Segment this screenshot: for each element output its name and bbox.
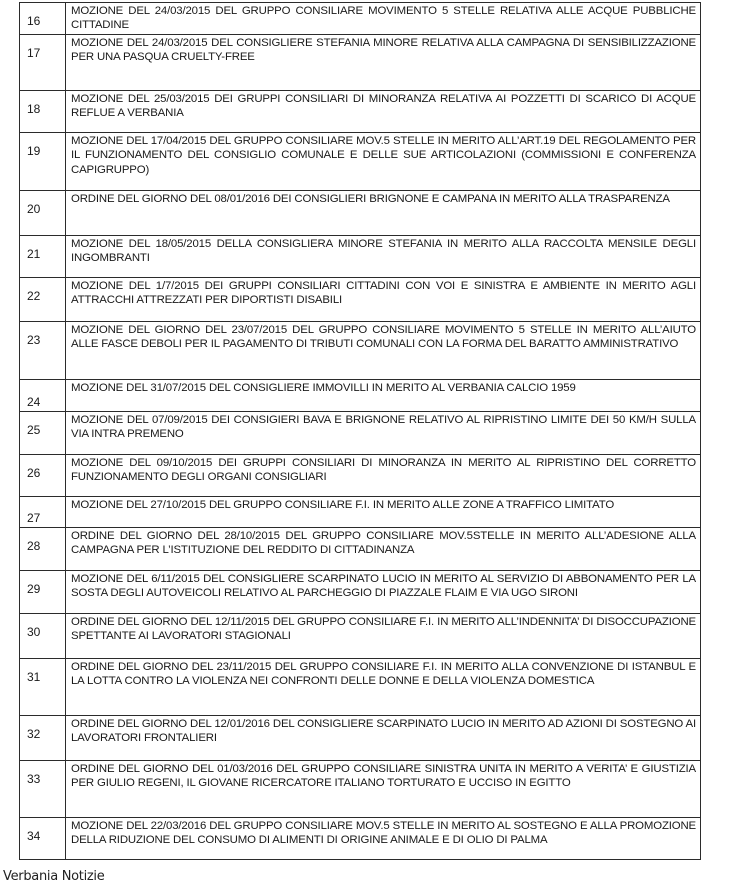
row-number-cell: 26 xyxy=(20,455,66,497)
row-number-cell: 28 xyxy=(20,528,66,571)
watermark-text: Verbania Notizie xyxy=(3,869,104,884)
row-number: 27 xyxy=(27,511,65,525)
row-description: MOZIONE DEL 25/03/2015 DEI GRUPPI CONSIL… xyxy=(66,91,701,133)
row-number-cell: 32 xyxy=(20,716,66,761)
row-number-cell: 34 xyxy=(20,818,66,860)
row-number: 32 xyxy=(27,727,65,741)
row-number: 31 xyxy=(27,670,65,684)
row-description: ORDINE DEL GIORNO DEL 01/03/2016 DEL GRU… xyxy=(66,761,701,818)
row-description: ORDINE DEL GIORNO DEL 12/01/2016 DEL CON… xyxy=(66,716,701,761)
table-row: 30 ORDINE DEL GIORNO DEL 12/11/2015 DEL … xyxy=(20,614,701,659)
table-row: 17 MOZIONE DEL 24/03/2015 DEL CONSIGLIER… xyxy=(20,35,701,91)
row-number-cell: 29 xyxy=(20,571,66,614)
table-row: 29 MOZIONE DEL 6/11/2015 DEL CONSIGLIERE… xyxy=(20,571,701,614)
row-description: MOZIONE DEL 09/10/2015 DEI GRUPPI CONSIL… xyxy=(66,455,701,497)
row-description: MOZIONE DEL 17/04/2015 DEL GRUPPO CONSIL… xyxy=(66,133,701,191)
row-number-cell: 30 xyxy=(20,614,66,659)
row-description: MOZIONE DEL 1/7/2015 DEI GRUPPI CONSILIA… xyxy=(66,278,701,322)
row-description: MOZIONE DEL 6/11/2015 DEL CONSIGLIERE SC… xyxy=(66,571,701,614)
row-number-cell: 24 xyxy=(20,380,66,412)
row-description: MOZIONE DEL 31/07/2015 DEL CONSIGLIERE I… xyxy=(66,380,701,412)
row-number-cell: 27 xyxy=(20,497,66,528)
row-number-cell: 20 xyxy=(20,191,66,236)
table-row: 33 ORDINE DEL GIORNO DEL 01/03/2016 DEL … xyxy=(20,761,701,818)
row-number: 25 xyxy=(27,423,65,437)
table-row: 26 MOZIONE DEL 09/10/2015 DEI GRUPPI CON… xyxy=(20,455,701,497)
row-number: 28 xyxy=(27,539,65,553)
row-number: 26 xyxy=(27,466,65,480)
table-row: 23 MOZIONE DEL GIORNO DEL 23/07/2015 DEL… xyxy=(20,322,701,380)
table-row: 18 MOZIONE DEL 25/03/2015 DEI GRUPPI CON… xyxy=(20,91,701,133)
table-row: 25 MOZIONE DEL 07/09/2015 DEI CONSIGIERI… xyxy=(20,412,701,455)
row-description: MOZIONE DEL 24/03/2015 DEL GRUPPO CONSIL… xyxy=(66,3,701,35)
row-number: 17 xyxy=(27,46,65,60)
row-number-cell: 17 xyxy=(20,35,66,91)
row-number: 33 xyxy=(27,772,65,786)
table-row: 20 ORDINE DEL GIORNO DEL 08/01/2016 DEI … xyxy=(20,191,701,236)
motions-table: 16 MOZIONE DEL 24/03/2015 DEL GRUPPO CON… xyxy=(19,2,701,860)
row-number-cell: 25 xyxy=(20,412,66,455)
row-number: 16 xyxy=(27,14,65,28)
table-row: 32 ORDINE DEL GIORNO DEL 12/01/2016 DEL … xyxy=(20,716,701,761)
row-description: ORDINE DEL GIORNO DEL 23/11/2015 DEL GRU… xyxy=(66,659,701,716)
row-description: MOZIONE DEL 27/10/2015 DEL GRUPPO CONSIL… xyxy=(66,497,701,528)
row-number: 24 xyxy=(27,395,65,409)
motions-table-body: 16 MOZIONE DEL 24/03/2015 DEL GRUPPO CON… xyxy=(20,3,701,860)
row-description: ORDINE DEL GIORNO DEL 12/11/2015 DEL GRU… xyxy=(66,614,701,659)
row-description: MOZIONE DEL 18/05/2015 DELLA CONSIGLIERA… xyxy=(66,236,701,278)
row-description: ORDINE DEL GIORNO DEL 08/01/2016 DEI CON… xyxy=(66,191,701,236)
row-number-cell: 22 xyxy=(20,278,66,322)
row-number-cell: 33 xyxy=(20,761,66,818)
table-row: 34 MOZIONE DEL 22/03/2016 DEL GRUPPO CON… xyxy=(20,818,701,860)
row-number-cell: 19 xyxy=(20,133,66,191)
row-description: ORDINE DEL GIORNO DEL 28/10/2015 DEL GRU… xyxy=(66,528,701,571)
table-row: 16 MOZIONE DEL 24/03/2015 DEL GRUPPO CON… xyxy=(20,3,701,35)
row-number: 23 xyxy=(27,333,65,347)
row-number-cell: 21 xyxy=(20,236,66,278)
row-description: MOZIONE DEL 07/09/2015 DEI CONSIGIERI BA… xyxy=(66,412,701,455)
row-number: 29 xyxy=(27,582,65,596)
row-number: 18 xyxy=(27,102,65,116)
table-row: 21 MOZIONE DEL 18/05/2015 DELLA CONSIGLI… xyxy=(20,236,701,278)
row-number-cell: 18 xyxy=(20,91,66,133)
table-row: 28 ORDINE DEL GIORNO DEL 28/10/2015 DEL … xyxy=(20,528,701,571)
table-row: 24 MOZIONE DEL 31/07/2015 DEL CONSIGLIER… xyxy=(20,380,701,412)
row-number: 30 xyxy=(27,625,65,639)
table-row: 27 MOZIONE DEL 27/10/2015 DEL GRUPPO CON… xyxy=(20,497,701,528)
table-row: 22 MOZIONE DEL 1/7/2015 DEI GRUPPI CONSI… xyxy=(20,278,701,322)
row-number: 22 xyxy=(27,289,65,303)
row-number: 21 xyxy=(27,247,65,261)
row-number: 20 xyxy=(27,202,65,216)
row-description: MOZIONE DEL 22/03/2016 DEL GRUPPO CONSIL… xyxy=(66,818,701,860)
row-number-cell: 31 xyxy=(20,659,66,716)
row-number: 34 xyxy=(27,829,65,843)
row-number: 19 xyxy=(27,144,65,158)
row-description: MOZIONE DEL GIORNO DEL 23/07/2015 DEL GR… xyxy=(66,322,701,380)
row-number-cell: 16 xyxy=(20,3,66,35)
table-row: 31 ORDINE DEL GIORNO DEL 23/11/2015 DEL … xyxy=(20,659,701,716)
table-row: 19 MOZIONE DEL 17/04/2015 DEL GRUPPO CON… xyxy=(20,133,701,191)
row-number-cell: 23 xyxy=(20,322,66,380)
row-description: MOZIONE DEL 24/03/2015 DEL CONSIGLIERE S… xyxy=(66,35,701,91)
